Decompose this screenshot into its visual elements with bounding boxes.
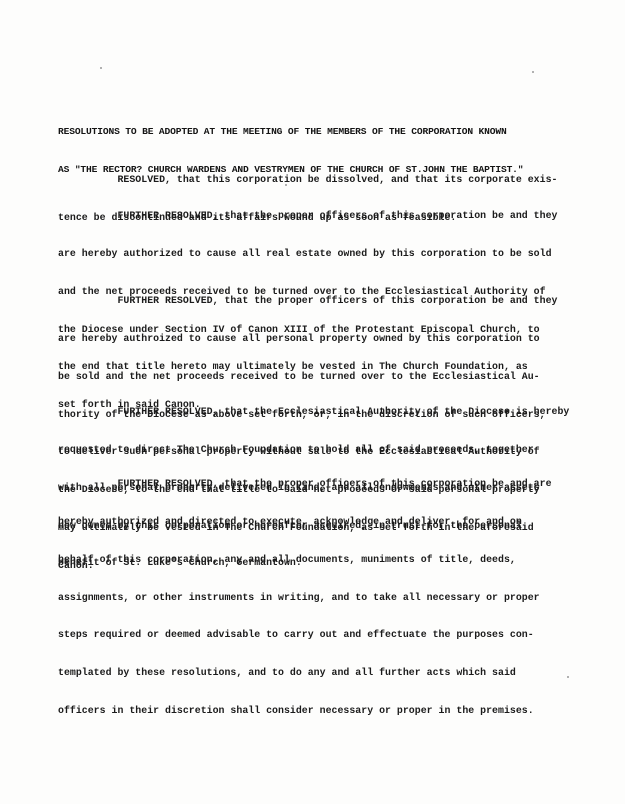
- paragraph-line: officers in their discretion shall consi…: [58, 705, 578, 718]
- document-page: RESOLUTIONS TO BE ADOPTED AT THE MEETING…: [0, 0, 625, 804]
- paragraph-line: steps required or deemed advisable to ca…: [58, 629, 578, 642]
- paragraph-line: behalf of this corporation, any and all …: [58, 554, 578, 567]
- paragraph-line: FURTHER RESOLVED, that the proper office…: [58, 210, 578, 223]
- paragraph-line: hereby authorized and directed to execut…: [58, 516, 578, 529]
- paper-speck: [532, 71, 534, 73]
- paper-speck: [100, 67, 102, 69]
- paper-speck: [567, 676, 569, 678]
- paragraph-line: FURTHER RESOLVED, that the proper office…: [58, 478, 578, 491]
- paper-speck: [285, 184, 287, 186]
- paragraph-line: FURTHER RESOLVED, that the proper office…: [58, 295, 578, 308]
- paragraph-line: FURTHER RESOLVED, that the Ecclesiastica…: [58, 406, 578, 419]
- heading-line: RESOLUTIONS TO BE ADOPTED AT THE MEETING…: [58, 126, 618, 139]
- paragraph-line: are hereby authorized to cause all real …: [58, 248, 578, 261]
- paragraph-line: are hereby authroized to cause all perso…: [58, 333, 578, 346]
- paragraph-line: assignments, or other instruments in wri…: [58, 592, 578, 605]
- paragraph-line: templated by these resolutions, and to d…: [58, 667, 578, 680]
- resolution-paragraph-authorization: FURTHER RESOLVED, that the proper office…: [58, 453, 578, 743]
